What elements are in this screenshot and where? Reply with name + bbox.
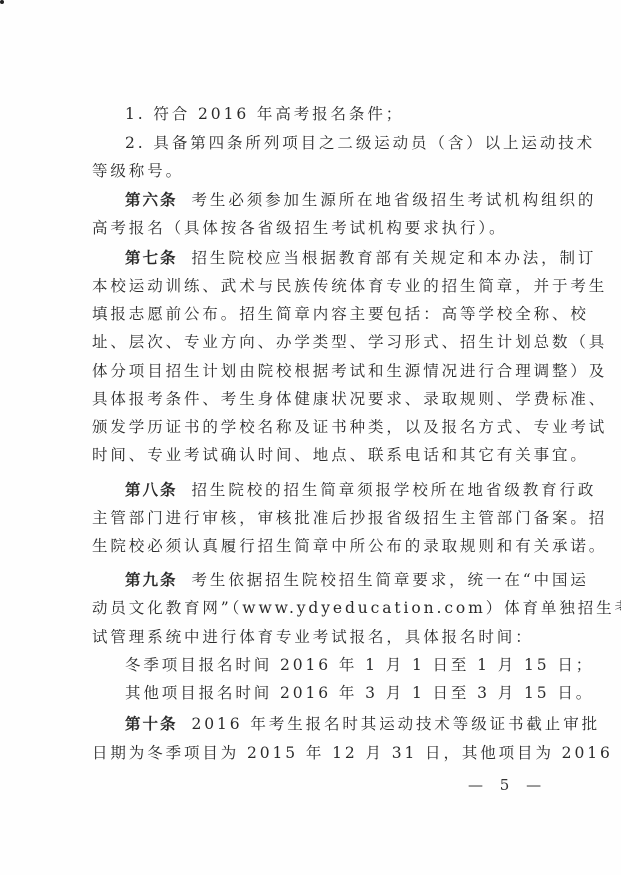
text-line: 高考报名（具体按各省级招生考试机构要求执行）。 — [92, 218, 544, 238]
text-line: 2. 具备第四条所列项目之二级运动员（含）以上运动技术 — [125, 133, 544, 153]
article-heading: 第十条 — [125, 715, 178, 733]
text-line: 体分项目招生计划由院校根据考试和生源情况进行合理调整）及 — [92, 361, 544, 381]
article-heading: 第六条 — [125, 191, 178, 209]
article-10-line: 第十条2016 年考生报名时其运动技术等级证书截止审批 — [125, 714, 544, 734]
text-line: 址、层次、专业方向、办学类型、学习形式、招生计划总数（具 — [92, 332, 544, 352]
text-line: 生院校必须认真履行招生简章中所公布的录取规则和有关承诺。 — [92, 536, 544, 556]
article-9-line: 第九条考生依据招生院校招生简章要求，统一在“中国运 — [125, 570, 544, 590]
article-7-line: 第七条招生院校应当根据教育部有关规定和本办法，制订 — [125, 248, 544, 268]
article-text: 招生院校的招生简章须报学校所在地省级教育行政 — [192, 481, 597, 499]
text-line: 日期为冬季项目为 2015 年 12 月 31 日，其他项目为 2016 年 2… — [92, 743, 544, 763]
text-line: 具体报考条件、考生身体健康状况要求、录取规则、学费标准、 — [92, 389, 544, 409]
text-line: 1. 符合 2016 年高考报名条件； — [125, 104, 544, 124]
document-page: 1. 符合 2016 年高考报名条件； 2. 具备第四条所列项目之二级运动员（含… — [0, 0, 621, 875]
page-number: — 5 — — [468, 776, 547, 794]
article-8-line: 第八条招生院校的招生简章须报学校所在地省级教育行政 — [125, 480, 544, 500]
article-text: 招生院校应当根据教育部有关规定和本办法，制订 — [192, 249, 597, 267]
text-line: 等级称号。 — [92, 161, 544, 181]
article-heading: 第七条 — [125, 249, 178, 267]
text-line: 时间、专业考试确认时间、地点、联系电话和其它有关事宜。 — [92, 445, 544, 465]
article-text: 考生必须参加生源所在地省级招生考试机构组织的 — [192, 191, 597, 209]
text-line: 本校运动训练、武术与民族传统体育专业的招生简章，并于考生 — [92, 276, 544, 296]
text-line: 填报志愿前公布。招生简章内容主要包括：高等学校全称、校 — [92, 304, 544, 324]
article-heading: 第九条 — [125, 571, 178, 589]
text-line: 主管部门进行审核，审核批准后抄报省级招生主管部门备案。招 — [92, 508, 544, 528]
text-line: 颁发学历证书的学校名称及证书种类，以及报名方式、专业考试 — [92, 417, 544, 437]
article-text: 考生依据招生院校招生简章要求，统一在“中国运 — [192, 571, 589, 589]
article-heading: 第八条 — [125, 481, 178, 499]
text-line: 其他项目报名时间 2016 年 3 月 1 日至 3 月 15 日。 — [125, 683, 544, 703]
scan-artifact — [0, 0, 4, 4]
text-line: 冬季项目报名时间 2016 年 1 月 1 日至 1 月 15 日； — [125, 655, 544, 675]
text-line: 试管理系统中进行体育专业考试报名，具体报名时间： — [92, 627, 544, 647]
text-line: 动员文化教育网”（www.ydyeducation.com）体育单独招生考 — [92, 598, 544, 618]
article-text: 2016 年考生报名时其运动技术等级证书截止审批 — [192, 715, 600, 733]
article-6-line: 第六条考生必须参加生源所在地省级招生考试机构组织的 — [125, 190, 544, 210]
